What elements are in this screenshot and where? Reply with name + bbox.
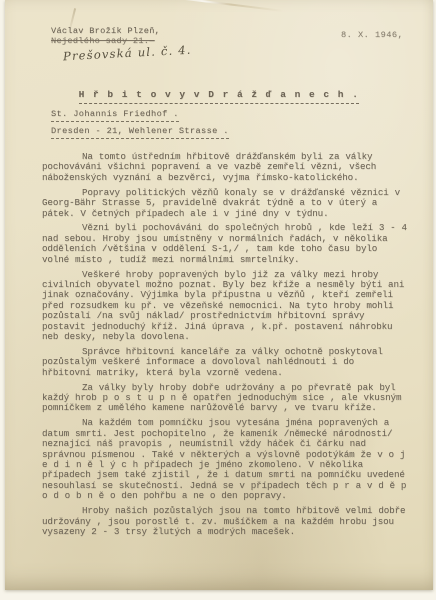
subheading-cemetery-address: Dresden - 21, Wehlener Strasse . — [51, 126, 229, 139]
sender-block: Václav Brožík Plzeň, Nejedlého sady 21.— — [51, 26, 160, 46]
fold-crease — [153, 0, 282, 12]
scanned-document: Václav Brožík Plzeň, Nejedlého sady 21.—… — [0, 0, 436, 600]
paragraph: Na tomto ústředním hřbitově drážďanském … — [42, 152, 408, 183]
paragraph: Popravy politických vězňů konaly se v dr… — [42, 188, 408, 219]
document-body: Na tomto ústředním hřbitově drážďanském … — [42, 152, 408, 542]
title-row: H ř b i t o v y v D r á ž ď a n e c h . — [5, 84, 433, 104]
paragraph: Za války byly hroby dobře udržovány a po… — [42, 383, 408, 414]
document-title: H ř b i t o v y v D r á ž ď a n e c h . — [79, 89, 360, 104]
document-page: Václav Brožík Plzeň, Nejedlého sady 21.—… — [5, 0, 433, 590]
paragraph: Na každém tom pomníčku jsou vytesána jmé… — [42, 418, 408, 501]
paragraph: Veškeré hroby popravených bylo již za vá… — [42, 270, 408, 343]
sender-name: Václav Brožík Plzeň, — [51, 26, 160, 36]
paragraph: Hroby našich pozůstalých jsou na tomto h… — [42, 506, 408, 537]
paragraph: Správce hřbitovní kanceláře za války och… — [42, 347, 408, 378]
subheading-cemetery-name: St. Johannis Friedhof . — [51, 109, 179, 122]
document-date: 8. X. 1946, — [341, 30, 403, 40]
paragraph: Vězni byli pochováváni do společných hro… — [42, 223, 408, 265]
